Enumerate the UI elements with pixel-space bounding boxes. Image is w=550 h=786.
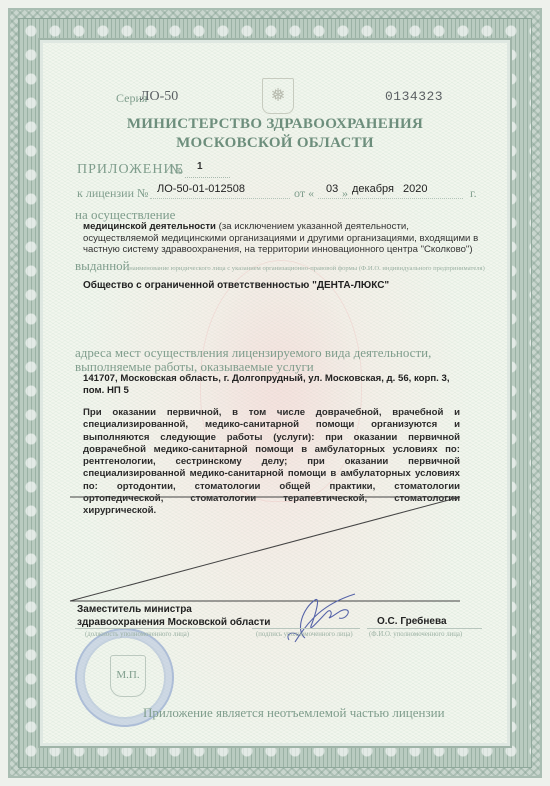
license-day: 03 — [326, 183, 338, 195]
footer-note: Приложение является неотъемлемой частью … — [143, 705, 445, 721]
license-number-label: к лицензии № — [77, 186, 148, 201]
appendix-label: ПРИЛОЖЕНИЕ — [77, 162, 184, 178]
license-year: 2020 — [403, 183, 427, 195]
series-value: ЛО-50 — [140, 89, 178, 105]
year-suffix: г. — [470, 186, 477, 201]
name-underline — [367, 628, 482, 629]
name-caption: (Ф.И.О. уполномоченного лица) — [369, 631, 462, 638]
signer-name: О.С. Гребнева — [377, 616, 447, 627]
issued-to-label: выданной — [75, 258, 130, 274]
address-value: 141707, Московская область, г. Долгопруд… — [83, 373, 473, 397]
date-from-label: от « — [294, 186, 314, 201]
address-label: адреса мест осуществления лицензируемого… — [75, 346, 505, 374]
serial-number: 0134323 — [385, 89, 443, 104]
position-underline — [75, 628, 230, 629]
signer-position: Заместитель министра здравоохранения Мос… — [77, 604, 270, 629]
blank-space-z-strike — [60, 485, 480, 605]
appendix-number-underline — [185, 177, 230, 178]
signature-caption: (подпись уполномоченного лица) — [256, 631, 353, 638]
position-caption: (должность уполномоченного лица) — [85, 631, 189, 638]
signer-position-line1: Заместитель министра — [77, 604, 270, 617]
company-name: Общество с ограниченной ответственностью… — [83, 280, 389, 291]
ministry-title-line2: МОСКОВСКОЙ ОБЛАСТИ — [60, 134, 490, 153]
date-underline — [318, 198, 463, 199]
issued-to-hint: (наименование юридического лица с указан… — [127, 262, 507, 275]
ministry-title-line1: МИНИСТЕРСТВО ЗДРАВООХРАНЕНИЯ — [60, 115, 490, 134]
license-appendix-document: Серия ЛО-50 ❅ 0134323 МИНИСТЕРСТВО ЗДРАВ… — [0, 0, 550, 786]
license-number: ЛО-50-01-012508 — [157, 183, 245, 195]
coat-of-arms-icon: ❅ — [262, 78, 294, 114]
appendix-number: 1 — [197, 161, 203, 172]
license-month: декабря — [352, 183, 394, 195]
activity-description: медицинской деятельности (за исключением… — [83, 221, 483, 256]
activity-type: медицинской деятельности — [83, 221, 216, 232]
stamp-placeholder: М.П. — [110, 655, 146, 697]
signature-underline — [252, 628, 360, 629]
ministry-title: МИНИСТЕРСТВО ЗДРАВООХРАНЕНИЯ МОСКОВСКОЙ … — [60, 115, 490, 153]
license-number-underline — [150, 198, 290, 199]
appendix-number-sign: № — [170, 162, 182, 178]
